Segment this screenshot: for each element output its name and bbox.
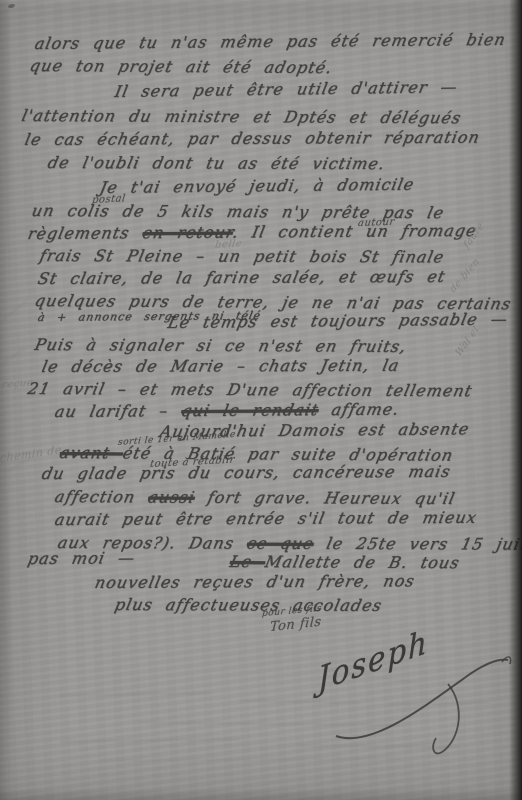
- handwriting-line: Puis à signaler si ce n'est en fruits,: [33, 337, 408, 355]
- handwriting-line: affection aussi fort grave. Heureux qu'i…: [53, 489, 457, 507]
- handwriting-line: St claire, de la farine salée, et œufs e…: [36, 269, 447, 287]
- handwriting-line: frais St Pleine – un petit bois St final…: [38, 248, 446, 265]
- handwriting-text: aurait peut être entrée s'il tout de mie…: [53, 508, 479, 529]
- handwriting-text: Je t'ai envoyé jeudi, à domicile: [98, 175, 416, 197]
- handwriting-text: pas moi —: [26, 548, 137, 568]
- handwriting-line: Le temps est toujours passable —: [166, 311, 509, 331]
- handwriting-text: que ton projet ait été adopté.: [28, 56, 334, 77]
- ink-insertion: postal: [91, 193, 126, 206]
- handwriting-text: frais St Pleine – un petit bois St final…: [38, 246, 446, 266]
- handwriting-text: plus affectueuses accolades: [113, 595, 384, 615]
- handwriting-text: l'attention du ministre et Dptés et délé…: [20, 106, 463, 127]
- showthrough-streak: [60, 738, 240, 744]
- handwriting-text: Mallette de B. tous: [263, 552, 461, 572]
- handwriting-line: nouvelles reçues d'un frère, nos: [93, 573, 416, 591]
- handwriting-text: au larifat –: [53, 401, 183, 421]
- struck-text: ce que: [245, 534, 316, 553]
- page-edge-right: [509, 0, 522, 800]
- struck-text: aussi: [146, 488, 197, 507]
- handwriting-line: de l'oubli dont tu as été victime.: [46, 155, 386, 172]
- handwriting-line: Il sera peut être utile d'attirer —: [113, 79, 459, 100]
- struck-text: Le: [228, 552, 267, 571]
- handwriting-line: 21 avril – et mets D'une affection telle…: [26, 381, 474, 399]
- handwriting-line: pas moi —: [26, 550, 136, 567]
- handwriting-line: plus affectueuses accolades: [113, 597, 383, 614]
- handwriting-text: alors que tu n'as même pas été remercié …: [33, 30, 508, 53]
- struck-text: qui le rendait: [180, 400, 321, 420]
- pencil-note: de bien: [448, 256, 482, 296]
- handwriting-text: 21 avril – et mets D'une affection telle…: [26, 379, 474, 400]
- handwriting-line: l'attention du ministre et Dptés et délé…: [20, 108, 463, 126]
- page-edge-left: [0, 0, 12, 800]
- handwriting-text: règlements: [26, 223, 145, 243]
- handwriting-text: le 25te vers 15 juin: [312, 534, 522, 554]
- pencil-note: belle: [214, 239, 242, 252]
- showthrough-streak: [60, 692, 210, 698]
- handwriting-text: fort grave. Heureux qu'il: [193, 488, 457, 508]
- handwriting-text: affame.: [317, 400, 402, 420]
- handwriting-text: du glade pris du cours, cancéreuse mais: [40, 462, 453, 483]
- handwriting-text: affection: [53, 487, 151, 506]
- handwriting-line: Le Mallette de B. tous: [228, 554, 461, 571]
- handwriting-line: au larifat – qui le rendait affame.: [53, 402, 401, 420]
- handwriting-text: Il sera peut être utile d'attirer —: [113, 77, 459, 101]
- handwriting-text: le décès de Marie – chats Jetin, la: [40, 356, 401, 376]
- handwriting-line: le décès de Marie – chats Jetin, la: [40, 358, 401, 375]
- handwriting-line: que ton projet ait été adopté.: [28, 58, 334, 76]
- handwriting-text: le cas échéant, par dessus obtenir répar…: [23, 128, 482, 149]
- handwriting-line: du glade pris du cours, cancéreuse mais: [40, 464, 452, 482]
- page-edge-bottom: [0, 788, 522, 800]
- handwriting-line: alors que tu n'as même pas été remercié …: [33, 32, 507, 52]
- letter-page: alors que tu n'as même pas été remercié …: [0, 0, 522, 800]
- handwriting-text: St claire, de la farine salée, et œufs e…: [36, 267, 447, 288]
- handwriting-text: nouvelles reçues d'un frère, nos: [93, 571, 417, 592]
- handwriting-text: de l'oubli dont tu as été victime.: [46, 153, 387, 173]
- page-edge-top: [0, 0, 522, 7]
- handwriting-line: aurait peut être entrée s'il tout de mie…: [53, 510, 478, 528]
- handwriting-line: le cas échéant, par dessus obtenir répar…: [23, 130, 481, 148]
- handwriting-text: Le temps est toujours passable —: [166, 309, 510, 332]
- ink-insertion: autour: [357, 217, 395, 229]
- handwriting-line: règlements en retour. Il contient un fro…: [26, 223, 478, 242]
- handwriting-text: . Il contient un fromage: [231, 221, 479, 242]
- handwriting-text: Puis à signaler si ce n'est en fruits,: [33, 335, 408, 356]
- handwriting-line: Je t'ai envoyé jeudi, à domicile: [98, 177, 416, 196]
- struck-text: avant: [58, 443, 125, 462]
